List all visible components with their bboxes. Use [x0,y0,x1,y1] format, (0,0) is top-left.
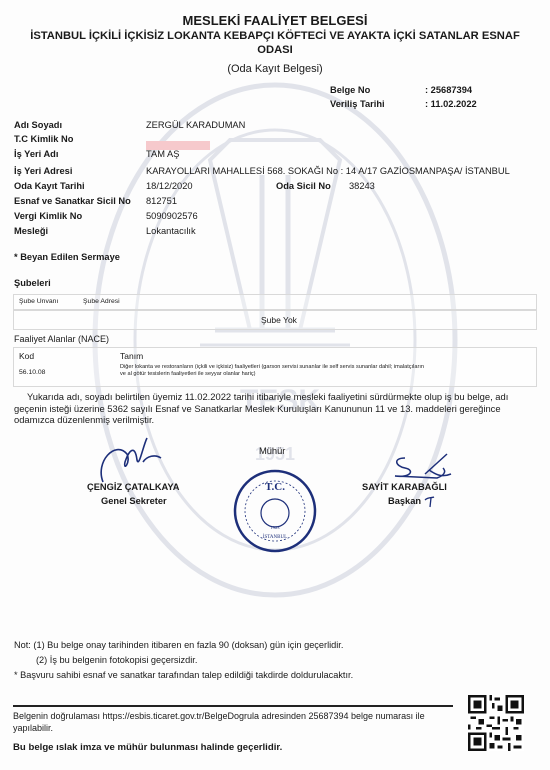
document-subtitle: (Oda Kayıt Belgesi) [0,63,550,75]
field-label-vergi: Vergi Kimlik No [14,211,82,221]
field-value-kayit-tarihi: 18/12/2020 [146,181,193,191]
validity-statement: Bu belge ıslak imza ve mühür bulunması h… [13,742,282,753]
right-signature-icon [385,452,455,482]
field-label-sicil: Esnaf ve Sanatkar Sicil No [14,196,131,206]
field-label-tc: T.C Kimlik No [14,134,73,144]
field-value-meslek: Lokantacılık [146,226,196,236]
subeler-title: Şubeleri [14,278,51,288]
verify-line-1: Belgenin doğrulaması https://esbis.ticar… [13,711,425,721]
nace-title: Faaliyet Alanlar (NACE) [14,334,109,344]
field-label-ad: Adı Soyadı [14,120,62,130]
verilis-value: : 11.02.2022 [425,99,477,109]
svg-text:T.C.: T.C. [265,481,285,493]
field-value-vergi: 5090902576 [146,211,198,221]
document-page: TESK 1951 MESLEKİ FAALİYET BELGESİ İSTAN… [0,0,550,770]
nace-col-kod: Kod [19,351,34,361]
nace-col-tanim: Tanım [120,351,143,361]
initial-mark-icon [424,496,436,508]
footer-divider [13,705,453,707]
field-value-adres: KARAYOLLARI MAHALLESİ 568. SOKAĞI No : 1… [146,166,510,176]
belge-no-label: Belge No [330,85,370,95]
statement-paragraph: Yukarıda adı, soyadı belirtilen üyemiz 1… [14,391,534,426]
official-seal-icon: T.C. İSTANBUL 1923 [232,468,318,554]
beyan-sermaye: * Beyan Edilen Sermaye [14,252,120,262]
left-signatory-title: Genel Sekreter [101,496,167,506]
note-1: Not: (1) Bu belge onay tarihinden itibar… [14,640,343,650]
note-3: * Başvuru sahibi esnaf ve sanatkar taraf… [14,670,353,680]
field-label-adres: İş Yeri Adresi [14,166,72,176]
oda-sicil-label: Oda Sicil No [276,181,331,191]
svg-text:1923: 1923 [271,525,281,530]
field-label-kayit-tarihi: Oda Kayıt Tarihi [14,181,85,191]
subeler-col-adres: Şube Adresi [83,298,120,305]
field-value-ad: ZERGÜL KARADUMAN [146,120,245,130]
verilis-label: Veriliş Tarihi [330,99,385,109]
belge-no-value: : 25687394 [425,85,472,95]
field-label-isyeri-adi: İş Yeri Adı [14,149,58,159]
field-value-sicil: 812751 [146,196,177,206]
verify-line-2: yapılabilir. [13,723,53,733]
nace-tanim-line1: Diğer lokanta ve restoranların (içkili v… [120,364,424,371]
field-value-isyeri-adi: TAM AŞ [146,149,179,159]
left-signatory-name: ÇENGİZ ÇATALKAYA [87,482,179,492]
chamber-name: İSTANBUL İÇKİLİ İÇKİSİZ LOKANTA KEBAPÇI … [0,30,550,42]
chamber-name-cont: ODASI [0,44,550,56]
right-signatory-name: SAYİT KARABAĞLI [362,482,447,492]
field-label-meslek: Mesleği [14,226,48,236]
document-title: MESLEKİ FAALİYET BELGESİ [0,13,550,28]
qr-code-icon [468,693,524,753]
seal-label: Mühür [259,446,285,456]
subeler-empty: Şube Yok [261,315,297,325]
nace-tanim-line2: ve al götür tesislerin faaliyetleri ile … [120,371,256,378]
subeler-col-unvan: Şube Unvanı [19,298,58,305]
nace-kod-value: 56.10.08 [19,369,45,376]
svg-text:İSTANBUL: İSTANBUL [263,534,287,540]
oda-sicil-value: 38243 [349,181,375,191]
note-2: (2) İş bu belgenin fotokopisi geçersizdi… [36,655,197,665]
right-signatory-title: Başkan [388,496,421,506]
